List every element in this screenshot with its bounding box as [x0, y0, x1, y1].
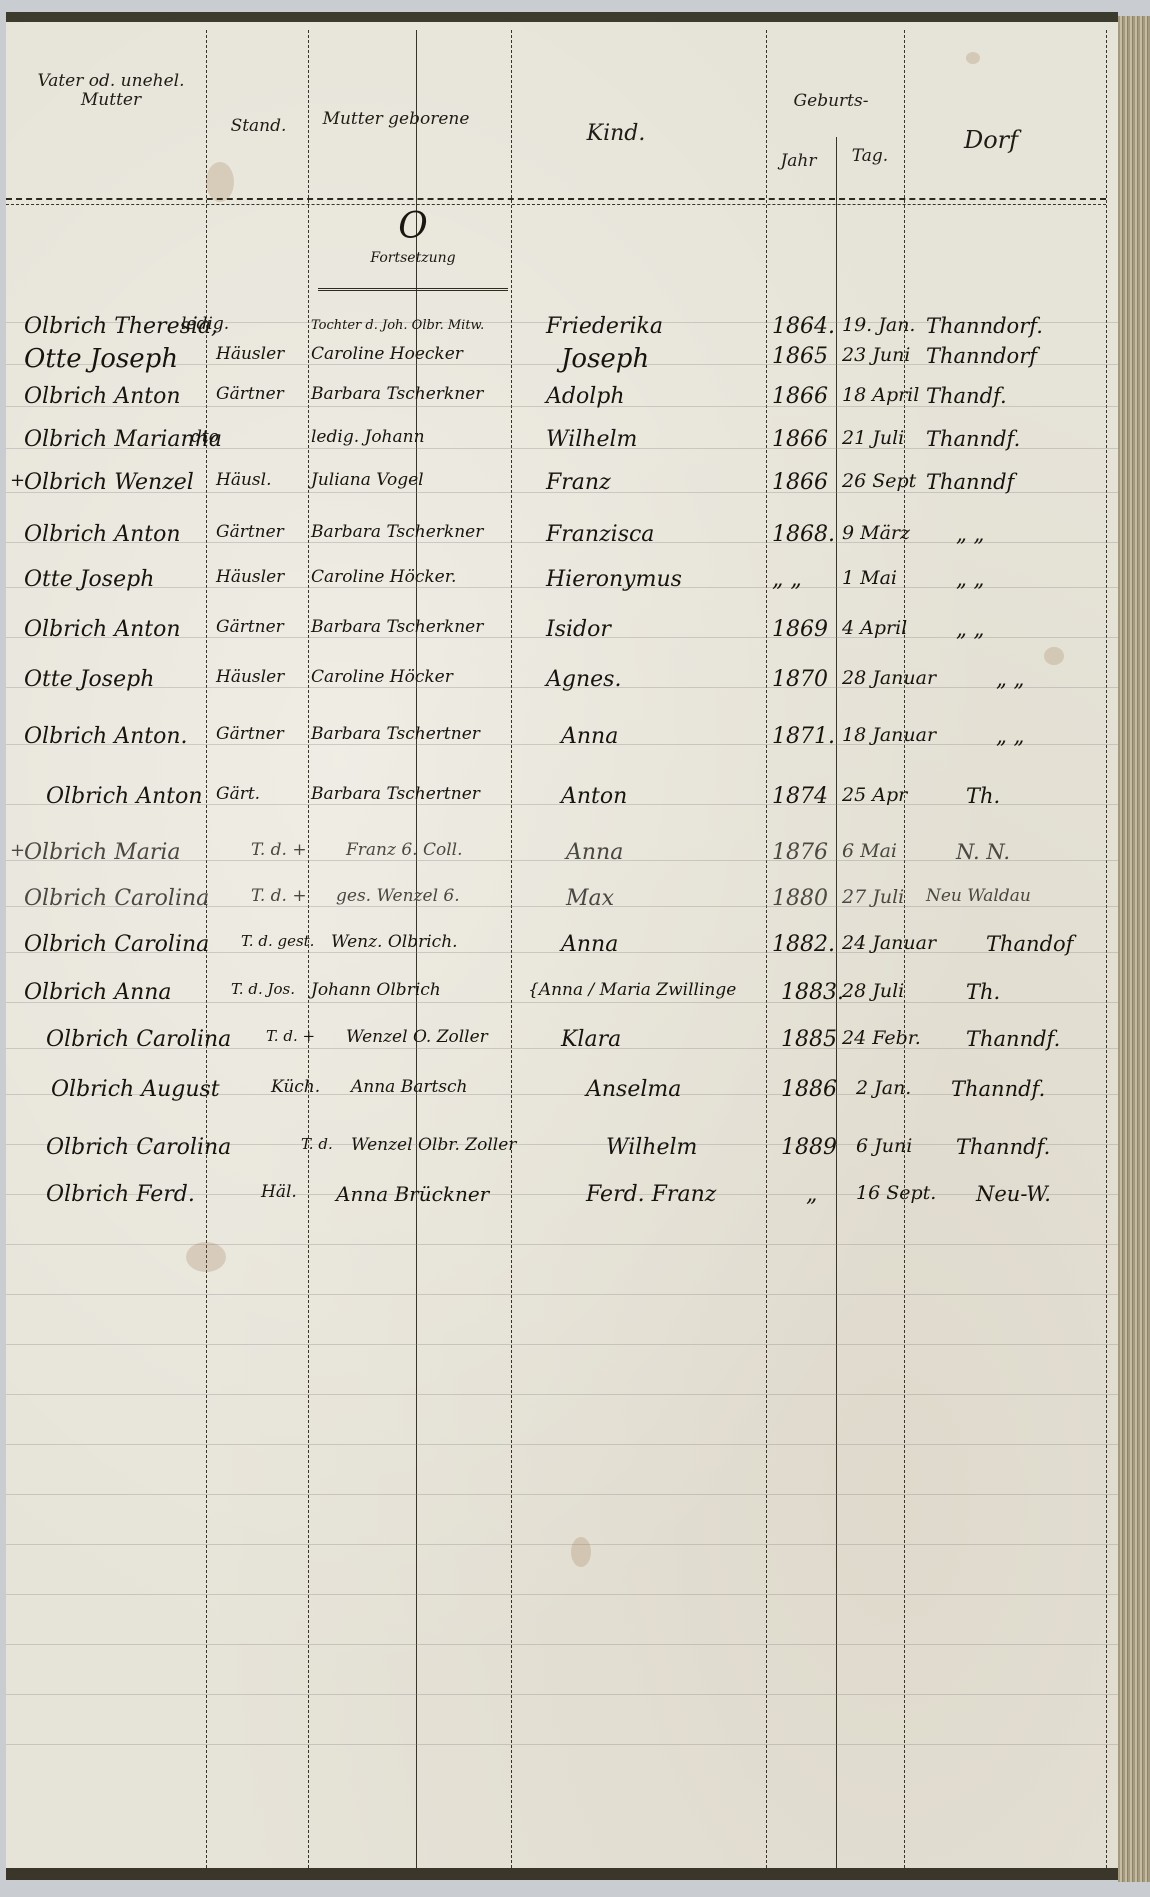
entry-status: ledig. [181, 314, 229, 334]
entry-status: T. d. gest. [241, 932, 314, 950]
entry-place: Thanndorf. [926, 314, 1043, 338]
section-continuation: Fortsetzung [370, 250, 455, 266]
book-page-edges [1118, 16, 1150, 1882]
deceased-cross-marker: + [10, 470, 25, 491]
entry-status: Häl. [261, 1182, 297, 1202]
entry-place: Thanndorf [926, 344, 1037, 368]
entry-name: Olbrich Anna [24, 980, 172, 1005]
entry-name: Otte Joseph [24, 667, 154, 692]
entry-child: Max [566, 886, 614, 911]
register-entry: Olbrich Carolina T. d. Wenzel Olbr. Zoll… [6, 1135, 1106, 1175]
entry-mother: ges. Wenzel 6. [336, 886, 460, 906]
entry-status: dto [191, 427, 219, 447]
entry-mother: ledig. Johann [311, 427, 425, 447]
entry-year: 1871. [772, 724, 835, 749]
entry-year: 1883. [781, 980, 844, 1005]
entry-status: T. d. [301, 1135, 333, 1153]
register-entry: Olbrich August Küch. Anna Bartsch Anselm… [6, 1077, 1106, 1117]
entry-year: 1880 [772, 886, 828, 911]
entry-year: 1882. [772, 932, 835, 957]
entry-year: 1866 [772, 470, 828, 495]
header-father-mother: Vater od. unehel. Mutter [16, 72, 206, 109]
entry-place: Thandof [986, 932, 1073, 956]
entry-status: Gärtner [216, 384, 284, 404]
entry-child: Ferd. Franz [586, 1182, 716, 1207]
register-entry: Otte Joseph Häusler Caroline Höcker Agne… [6, 667, 1106, 707]
entry-name: Olbrich Carolina [46, 1027, 231, 1052]
entry-year: 1874 [772, 784, 828, 809]
entry-year: 1876 [772, 840, 828, 865]
entry-place: Thandf. [926, 384, 1007, 408]
entry-mother: Caroline Hoecker [311, 344, 463, 364]
entry-place: „ „ [996, 724, 1024, 748]
entry-mother: Johann Olbrich [311, 980, 441, 1000]
entry-name: Olbrich Ferd. [46, 1182, 195, 1207]
entry-day: 23 Juni [842, 344, 910, 366]
entry-child: Adolph [546, 384, 625, 409]
header-birth: Geburts- [771, 92, 891, 111]
register-entry: Otte Joseph Häusler Caroline Hoecker Jos… [6, 344, 1106, 384]
section-letter: O [318, 206, 508, 247]
entry-mother: Barbara Tschertner [311, 784, 480, 804]
entry-child: Anna [561, 724, 618, 749]
entry-place: „ „ [956, 567, 984, 591]
register-entry: Olbrich Marianna dto ledig. Johann Wilhe… [6, 427, 1106, 467]
entry-day: 6 Juni [856, 1135, 912, 1157]
entry-place: Thanndf. [951, 1077, 1045, 1101]
register-entry: Olbrich Anton Gärtner Barbara Tscherkner… [6, 617, 1106, 657]
entry-status: Gärtner [216, 522, 284, 542]
header-child: Kind. [536, 122, 696, 146]
entry-mother: Anna Brückner [336, 1182, 489, 1206]
entry-year: 1866 [772, 384, 828, 409]
entry-name: Otte Joseph [24, 344, 178, 374]
entry-year: 1885 [781, 1027, 837, 1052]
entry-name: Olbrich Carolina [46, 1135, 231, 1160]
entry-place: Thanndf. [956, 1135, 1050, 1159]
entry-name: Olbrich Carolina [24, 886, 209, 911]
entry-day: 18 Januar [842, 724, 936, 746]
entry-status: T. d. Jos. [231, 980, 295, 998]
entry-child: Hieronymus [546, 567, 682, 592]
entry-child: Joseph [561, 344, 649, 374]
entry-year: „ „ [772, 567, 802, 592]
entry-child: Friederika [546, 314, 663, 339]
entry-year: „ [806, 1182, 817, 1207]
entry-name: Olbrich Anton [24, 617, 181, 642]
entry-child: Klara [561, 1027, 621, 1052]
entry-day: 21 Juli [842, 427, 904, 449]
register-entry: Olbrich Anton Gärt. Barbara Tschertner A… [6, 784, 1106, 824]
entry-name: Otte Joseph [24, 567, 154, 592]
entry-child: Isidor [546, 617, 611, 642]
register-entry: Olbrich Anton Gärtner Barbara Tscherkner… [6, 522, 1106, 562]
entry-name: Olbrich Anton [24, 522, 181, 547]
entry-child: Franzisca [546, 522, 654, 547]
entry-place: Neu-W. [976, 1182, 1051, 1206]
entry-name: Olbrich August [51, 1077, 220, 1102]
register-entry: + Olbrich Wenzel Häusl. Juliana Vogel Fr… [6, 470, 1106, 510]
entry-day: 19. Jan. [842, 314, 915, 336]
entry-day: 6 Mai [842, 840, 897, 862]
entry-place: Thanndf [926, 470, 1014, 494]
entry-place: N. N. [956, 840, 1010, 864]
register-page: Vater od. unehel. Mutter Stand. Mutter g… [6, 12, 1118, 1880]
section-heading: O Fortsetzung [318, 202, 508, 291]
deceased-cross-marker: + [10, 840, 25, 861]
entry-day: 25 Apr [842, 784, 907, 806]
entry-day: 27 Juli [842, 886, 904, 908]
entry-place: Thanndf. [966, 1027, 1060, 1051]
register-entry: Olbrich Carolina T. d. + Wenzel O. Zolle… [6, 1027, 1106, 1067]
entry-name: Olbrich Anton. [24, 724, 188, 749]
entry-status: Küch. [271, 1077, 320, 1097]
entry-child: Anselma [586, 1077, 681, 1102]
header-village: Dorf [911, 127, 1071, 153]
entry-child: Wilhelm [606, 1135, 697, 1160]
entry-mother: Wenz. Olbrich. [331, 932, 458, 952]
entry-mother: Barbara Tscherkner [311, 384, 483, 404]
entry-day: 2 Jan. [856, 1077, 911, 1099]
entry-mother: Tochter d. Joh. Olbr. Mitw. [311, 318, 484, 333]
entry-day: 18 April [842, 384, 919, 406]
entry-day: 9 März [842, 522, 910, 544]
entry-child: Anna [561, 932, 618, 957]
entry-status: Gärtner [216, 617, 284, 637]
entry-name: Olbrich Anton [46, 784, 203, 809]
entry-day: 16 Sept. [856, 1182, 936, 1204]
entry-mother: Barbara Tscherkner [311, 522, 483, 542]
entry-child: Anna [566, 840, 623, 865]
header-year: Jahr [761, 152, 836, 171]
entry-place: Neu Waldau [926, 886, 1031, 906]
entry-year: 1864. [772, 314, 835, 339]
entry-mother: Caroline Höcker [311, 667, 453, 687]
header-status: Stand. [211, 117, 306, 136]
entry-name: Olbrich Carolina [24, 932, 209, 957]
entry-status: Häusler [216, 667, 284, 687]
entry-status: Häusler [216, 567, 284, 587]
register-entry: Olbrich Anton Gärtner Barbara Tscherkner… [6, 384, 1106, 424]
header-day: Tag. [836, 147, 904, 166]
entry-status: Gärt. [216, 784, 260, 804]
entry-mother: Wenzel O. Zoller [346, 1027, 488, 1047]
entry-mother: Juliana Vogel [311, 470, 424, 490]
entry-mother: Franz 6. Coll. [346, 840, 463, 860]
entry-mother: Barbara Tscherkner [311, 617, 483, 637]
entry-year: 1870 [772, 667, 828, 692]
entry-place: „ „ [956, 522, 984, 546]
entry-year: 1869 [772, 617, 828, 642]
register-entry: + Olbrich Maria T. d. + Franz 6. Coll. A… [6, 840, 1106, 880]
header-mother-born: Mutter geborene [316, 110, 476, 129]
entry-status: T. d. + [251, 886, 307, 906]
entry-place: „ „ [956, 617, 984, 641]
entry-name: Olbrich Anton [24, 384, 181, 409]
page-margin-line [1106, 30, 1107, 1868]
entry-day: 4 April [842, 617, 907, 639]
entry-status: T. d. + [251, 840, 307, 860]
entry-place: Th. [966, 784, 1000, 808]
entry-name: Olbrich Wenzel [24, 470, 194, 495]
register-entry: Olbrich Carolina T. d. + ges. Wenzel 6. … [6, 886, 1106, 926]
entry-status: Häusl. [216, 470, 271, 490]
register-entry: Otte Joseph Häusler Caroline Höcker. Hie… [6, 567, 1106, 607]
entry-year: 1886 [781, 1077, 837, 1102]
entry-day: 24 Januar [842, 932, 936, 954]
register-entry: Olbrich Anton. Gärtner Barbara Tschertne… [6, 724, 1106, 764]
register-entry: Olbrich Carolina T. d. gest. Wenz. Olbri… [6, 932, 1106, 972]
entry-year: 1889 [781, 1135, 837, 1160]
entry-status: T. d. + [266, 1027, 315, 1045]
entry-child: Franz [546, 470, 611, 495]
entry-name: Olbrich Maria [24, 840, 181, 865]
entry-place: Th. [966, 980, 1000, 1004]
entry-day: 1 Mai [842, 567, 897, 589]
entry-child: Anton [561, 784, 627, 809]
entry-day: 24 Febr. [842, 1027, 921, 1049]
entry-mother: Caroline Höcker. [311, 567, 456, 587]
entry-child: {Anna / Maria Zwillinge [528, 980, 736, 1000]
register-entry: Olbrich Anna T. d. Jos. Johann Olbrich {… [6, 980, 1106, 1020]
entry-year: 1865 [772, 344, 828, 369]
entry-year: 1866 [772, 427, 828, 452]
entry-place: Thanndf. [926, 427, 1020, 451]
entry-child: Wilhelm [546, 427, 637, 452]
entry-status: Gärtner [216, 724, 284, 744]
entry-mother: Barbara Tschertner [311, 724, 480, 744]
entry-place: „ „ [996, 667, 1024, 691]
entry-mother: Anna Bartsch [351, 1077, 468, 1097]
entry-status: Häusler [216, 344, 284, 364]
entry-mother: Wenzel Olbr. Zoller [351, 1135, 516, 1155]
entry-child: Agnes. [546, 667, 621, 692]
entry-day: 28 Januar [842, 667, 936, 689]
register-entry: Olbrich Ferd. Häl. Anna Brückner Ferd. F… [6, 1182, 1106, 1222]
entry-day: 26 Sept [842, 470, 916, 492]
entry-day: 28 Juli [842, 980, 904, 1002]
entry-year: 1868. [772, 522, 835, 547]
